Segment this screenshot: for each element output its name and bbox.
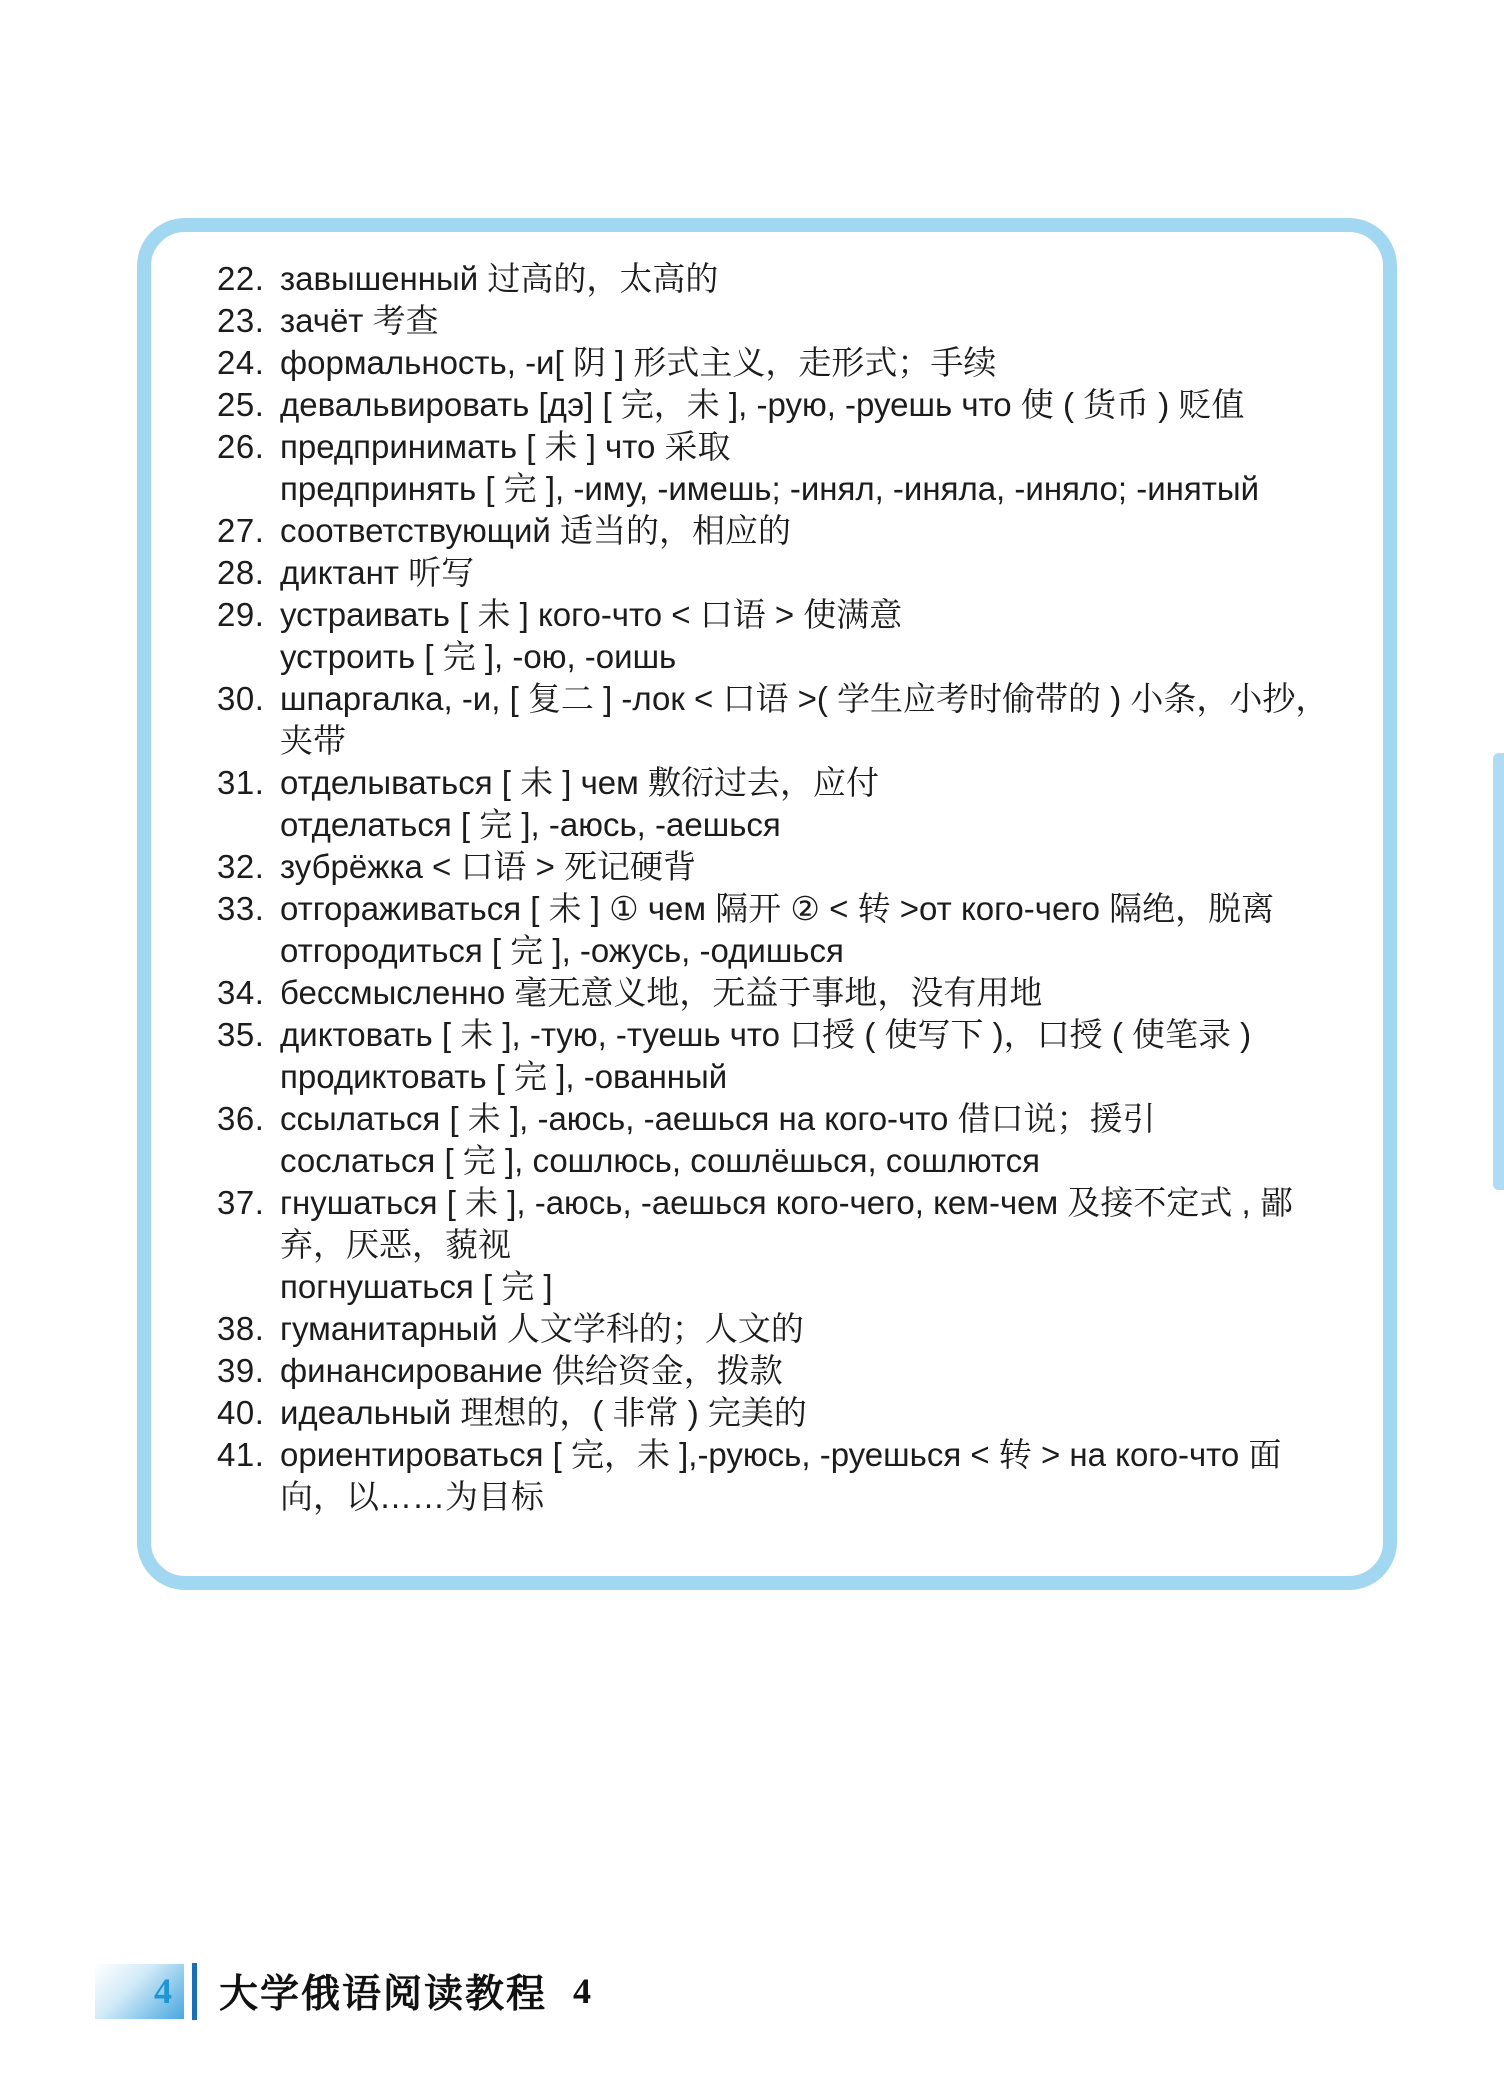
vocab-entry: 29.устраивать [ 未 ] кого-что < 口语 > 使满意у… [217,594,1365,678]
entry-text: гнушаться [ 未 ], -аюсь, -аешься кого-чег… [280,1182,1365,1308]
entry-number: 36. [217,1098,280,1140]
entry-line: зачёт 考查 [280,300,1365,342]
entry-number: 32. [217,846,280,888]
vocab-entry: 27.соответствующий 适当的，相应的 [217,510,1365,552]
entry-line: отделываться [ 未 ] чем 敷衍过去，应付 [280,762,1365,804]
entry-line: ссылаться [ 未 ], -аюсь, -аешься на кого-… [280,1098,1365,1140]
vocab-entry: 38.гуманитарный 人文学科的；人文的 [217,1308,1365,1350]
entry-line: отгородиться [ 完 ], -ожусь, -одишься [280,930,1365,972]
entry-line: предпринимать [ 未 ] что 采取 [280,426,1365,468]
entry-number: 24. [217,342,280,384]
entry-text: зубрёжка < 口语 > 死记硬背 [280,846,1365,888]
entry-line: гнушаться [ 未 ], -аюсь, -аешься кого-чег… [280,1182,1365,1224]
vocab-entry: 25.девальвировать [дэ] [ 完，未 ], -рую, -р… [217,384,1365,426]
entry-number: 37. [217,1182,280,1224]
entry-number: 40. [217,1392,280,1434]
entry-text: формальность, -и[ 阴 ] 形式主义，走形式；手续 [280,342,1365,384]
entry-text: шпаргалка, -и, [ 复二 ] -лок < 口语 >( 学生应考时… [280,678,1365,762]
vocab-entry: 31.отделываться [ 未 ] чем 敷衍过去，应付отделат… [217,762,1365,846]
vocab-entry: 41.ориентироваться [ 完，未 ],-руюсь, -руеш… [217,1434,1365,1518]
entry-text: соответствующий 适当的，相应的 [280,510,1365,552]
vocab-entry: 40.идеальный 理想的，( 非常 ) 完美的 [217,1392,1365,1434]
entry-line: диктант 听写 [280,552,1365,594]
entry-line: отгораживаться [ 未 ] ① чем 隔开 ② < 转 >от … [280,888,1365,930]
entry-text: диктовать [ 未 ], -тую, -туешь что 口授 ( 使… [280,1014,1365,1098]
vocab-entry: 39.финансирование 供给资金，拨款 [217,1350,1365,1392]
entry-number: 41. [217,1434,280,1476]
vocab-entry: 22.завышенный 过高的，太高的 [217,258,1365,300]
entry-number: 31. [217,762,280,804]
page-footer: 4 大学俄语阅读教程 4 [95,1962,591,2020]
entry-text: зачёт 考查 [280,300,1365,342]
entry-text: отгораживаться [ 未 ] ① чем 隔开 ② < 转 >от … [280,888,1365,972]
book-volume: 4 [573,1970,591,2012]
page-number-box: 4 [95,1964,184,2019]
entry-number: 34. [217,972,280,1014]
entry-line: шпаргалка, -и, [ 复二 ] -лок < 口语 >( 学生应考时… [280,678,1365,720]
entry-line: отделаться [ 完 ], -аюсь, -аешься [280,804,1365,846]
entry-line: бессмысленно 毫无意义地，无益于事地，没有用地 [280,972,1365,1014]
entry-line: гуманитарный 人文学科的；人文的 [280,1308,1365,1350]
vocab-entry: 34.бессмысленно 毫无意义地，无益于事地，没有用地 [217,972,1365,1014]
entry-number: 26. [217,426,280,468]
vocab-entry: 26.предпринимать [ 未 ] что 采取предпринять… [217,426,1365,510]
entry-number: 28. [217,552,280,594]
entry-text: отделываться [ 未 ] чем 敷衍过去，应付отделаться… [280,762,1365,846]
entry-line: завышенный 过高的，太高的 [280,258,1365,300]
entry-text: завышенный 过高的，太高的 [280,258,1365,300]
entry-line: идеальный 理想的，( 非常 ) 完美的 [280,1392,1365,1434]
entry-number: 22. [217,258,280,300]
entry-line: предпринять [ 完 ], -иму, -имешь; -инял, … [280,468,1365,510]
entry-line: 向，以……为目标 [280,1476,1365,1518]
entry-line: 夹带 [280,720,1365,762]
entry-number: 30. [217,678,280,720]
vocab-entry: 36.ссылаться [ 未 ], -аюсь, -аешься на ко… [217,1098,1365,1182]
entry-number: 38. [217,1308,280,1350]
footer-divider [192,1963,197,2020]
entry-text: финансирование 供给资金，拨款 [280,1350,1365,1392]
vocab-entry: 37.гнушаться [ 未 ], -аюсь, -аешься кого-… [217,1182,1365,1308]
page-number: 4 [154,1970,172,2012]
entry-line: зубрёжка < 口语 > 死记硬背 [280,846,1365,888]
entry-line: девальвировать [дэ] [ 完，未 ], -рую, -руеш… [280,384,1365,426]
entry-line: соответствующий 适当的，相应的 [280,510,1365,552]
page-edge-tab [1493,753,1504,1190]
entry-text: ориентироваться [ 完，未 ],-руюсь, -руешься… [280,1434,1365,1518]
book-title: 大学俄语阅读教程 [219,1963,547,2019]
vocab-entry: 24.формальность, -и[ 阴 ] 形式主义，走形式；手续 [217,342,1365,384]
entry-line: диктовать [ 未 ], -тую, -туешь что 口授 ( 使… [280,1014,1365,1056]
entry-line: устраивать [ 未 ] кого-что < 口语 > 使满意 [280,594,1365,636]
vocab-entry: 35.диктовать [ 未 ], -тую, -туешь что 口授 … [217,1014,1365,1098]
entry-line: погнушаться [ 完 ] [280,1266,1365,1308]
entry-text: девальвировать [дэ] [ 完，未 ], -рую, -руеш… [280,384,1365,426]
vocab-entry: 33.отгораживаться [ 未 ] ① чем 隔开 ② < 转 >… [217,888,1365,972]
entry-number: 39. [217,1350,280,1392]
entry-line: финансирование 供给资金，拨款 [280,1350,1365,1392]
vocab-panel: 22.завышенный 过高的，太高的23.зачёт 考查24.форма… [137,218,1397,1590]
vocab-entry: 30.шпаргалка, -и, [ 复二 ] -лок < 口语 >( 学生… [217,678,1365,762]
entry-text: диктант 听写 [280,552,1365,594]
entry-line: формальность, -и[ 阴 ] 形式主义，走形式；手续 [280,342,1365,384]
vocab-entry: 23.зачёт 考查 [217,300,1365,342]
entry-text: ссылаться [ 未 ], -аюсь, -аешься на кого-… [280,1098,1365,1182]
entry-number: 29. [217,594,280,636]
entry-text: устраивать [ 未 ] кого-что < 口语 > 使满意устр… [280,594,1365,678]
entry-text: идеальный 理想的，( 非常 ) 完美的 [280,1392,1365,1434]
entry-text: предпринимать [ 未 ] что 采取предпринять [ … [280,426,1365,510]
entry-text: бессмысленно 毫无意义地，无益于事地，没有用地 [280,972,1365,1014]
entry-line: сослаться [ 完 ], сошлюсь, сошлёшься, сош… [280,1140,1365,1182]
entry-text: гуманитарный 人文学科的；人文的 [280,1308,1365,1350]
entry-number: 23. [217,300,280,342]
entry-number: 27. [217,510,280,552]
entry-line: 弃，厌恶，藐视 [280,1224,1365,1266]
entry-line: ориентироваться [ 完，未 ],-руюсь, -руешься… [280,1434,1365,1476]
entry-number: 33. [217,888,280,930]
entry-line: продиктовать [ 完 ], -ованный [280,1056,1365,1098]
vocab-entry: 28.диктант 听写 [217,552,1365,594]
entry-number: 35. [217,1014,280,1056]
vocab-list: 22.завышенный 过高的，太高的23.зачёт 考查24.форма… [217,258,1365,1518]
entry-number: 25. [217,384,280,426]
entry-line: устроить [ 完 ], -ою, -оишь [280,636,1365,678]
vocab-entry: 32.зубрёжка < 口语 > 死记硬背 [217,846,1365,888]
